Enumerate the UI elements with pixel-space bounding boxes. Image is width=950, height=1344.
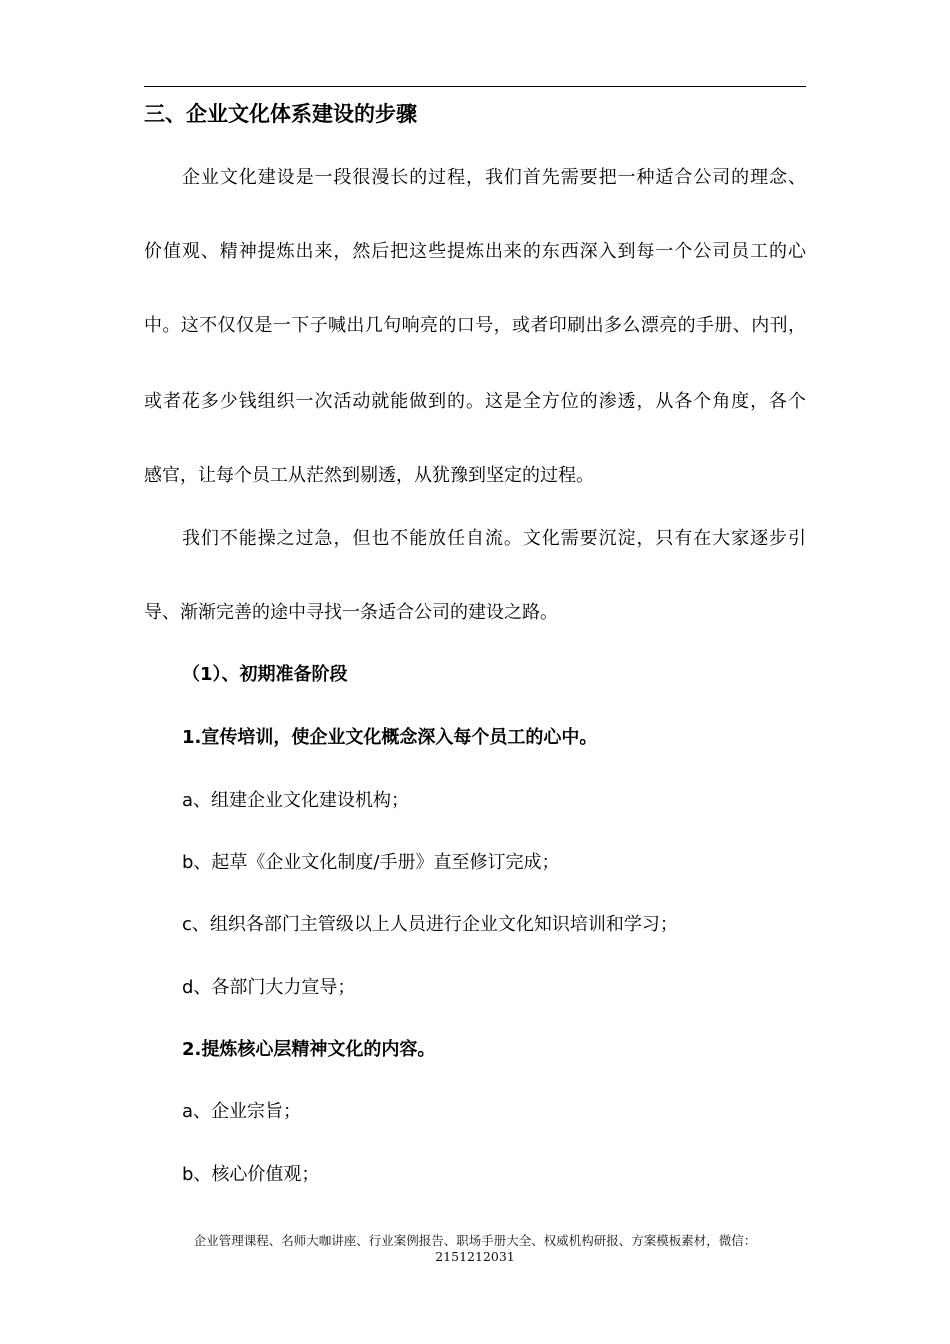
list-item: c、组织各部门主管级以上人员进行企业文化知识培训和学习； — [182, 913, 844, 937]
paragraph-line: 价值观、精神提炼出来，然后把这些提炼出来的东西深入到每一个公司员工的心 — [144, 240, 806, 264]
footer-contact-number: 2151212031 — [100, 1249, 850, 1264]
paragraph-line: 我们不能操之过急，但也不能放任自流。文化需要沉淀，只有在大家逐步引 — [182, 527, 806, 551]
list-item: a、企业宗旨； — [182, 1100, 844, 1124]
stage-title: （1）、初期准备阶段 — [182, 663, 844, 687]
section-heading: 三、企业文化体系建设的步骤 — [144, 100, 806, 128]
section-title: 1.宣传培训，使企业文化概念深入每个员工的心中。 — [182, 726, 844, 750]
footer-promo-text: 企业管理课程、名师大咖讲座、行业案例报告、职场手册大全、权威机构研报、方案模板素… — [100, 1233, 850, 1248]
list-item: d、各部门大力宣导； — [182, 976, 844, 1000]
list-item: b、核心价值观； — [182, 1163, 844, 1187]
section-title: 2.提炼核心层精神文化的内容。 — [182, 1038, 844, 1062]
list-item: a、组建企业文化建设机构； — [182, 789, 844, 813]
paragraph-line: 或者花多少钱组织一次活动就能做到的。这是全方位的渗透，从各个角度，各个 — [144, 390, 806, 414]
paragraph-line: 企业文化建设是一段很漫长的过程，我们首先需要把一种适合公司的理念、 — [182, 166, 806, 190]
list-item: b、起草《企业文化制度/手册》直至修订完成； — [182, 851, 844, 875]
paragraph-line: 导、渐渐完善的途中寻找一条适合公司的建设之路。 — [144, 601, 806, 625]
paragraph-line: 中。这不仅仅是一下子喊出几句响亮的口号，或者印刷出多么漂亮的手册、内刊， — [144, 314, 806, 338]
paragraph-line: 感官，让每个员工从茫然到剔透，从犹豫到坚定的过程。 — [144, 464, 806, 488]
header-rule — [144, 86, 806, 87]
